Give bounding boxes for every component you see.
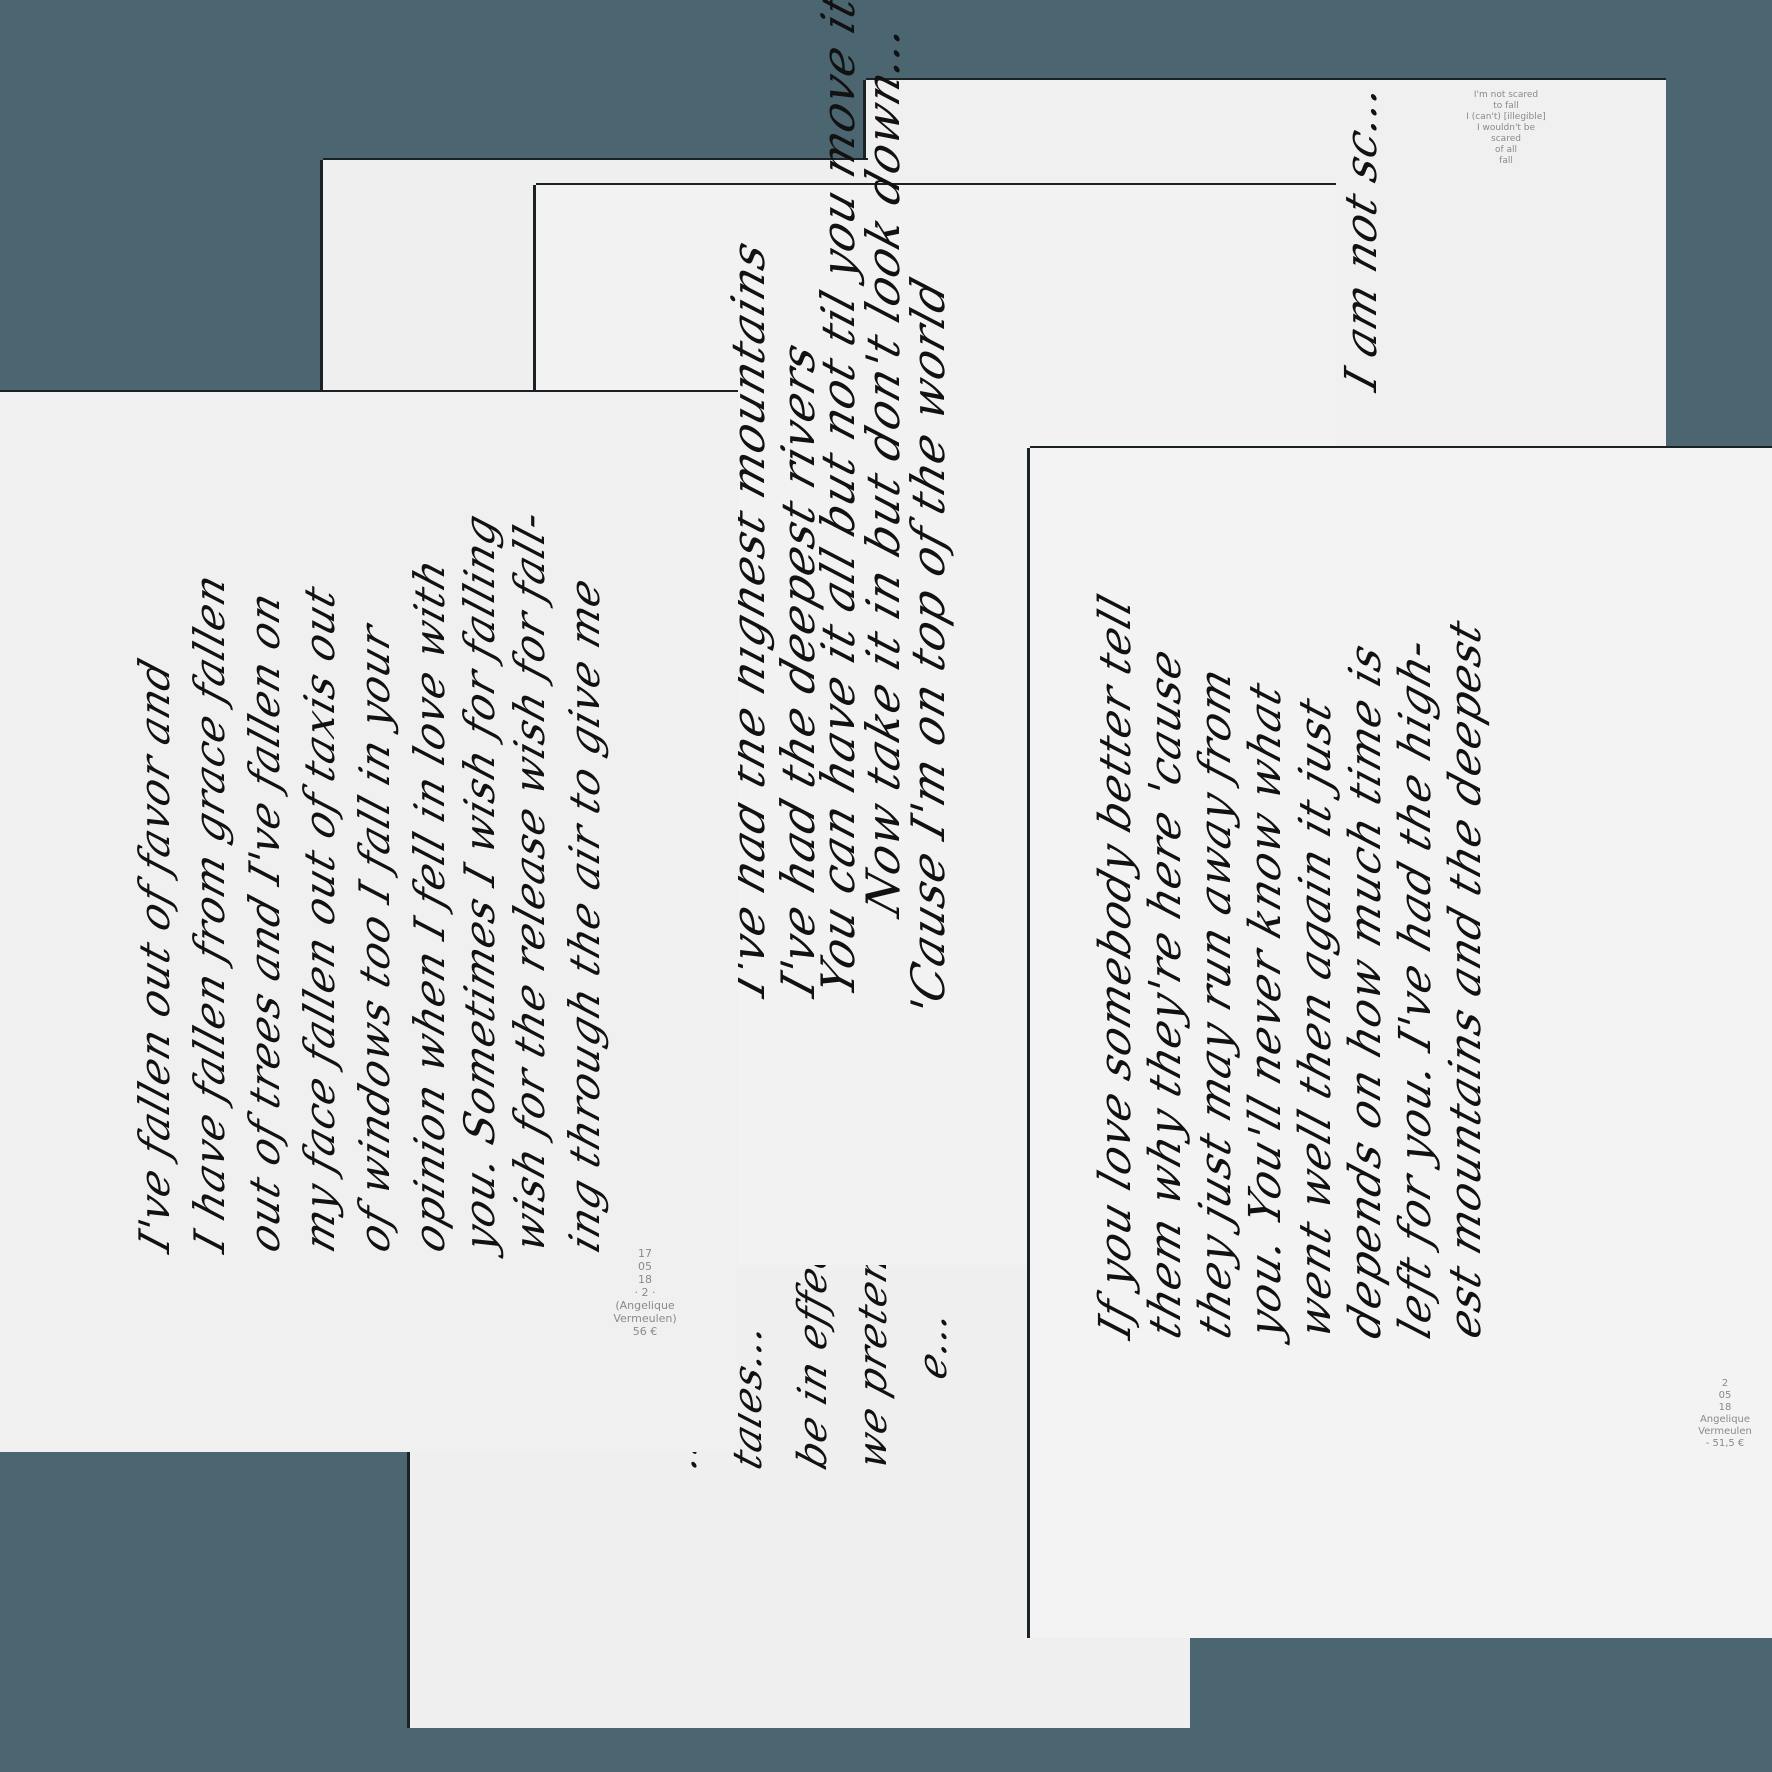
calligraphy-line: 'Cause I'm on top of the world	[901, 271, 955, 1023]
calligraphy-line: wish for the release wish for fall-	[505, 504, 554, 1258]
paper-sheet-left: I've fallen out of favor and I have fall…	[0, 392, 738, 1452]
calligraphy-line: I have fallen from grace fallen	[185, 567, 234, 1258]
calligraphy-line: of windows too I fall in your	[350, 618, 399, 1258]
calligraphy-line: depends on how much time is	[1340, 637, 1391, 1345]
calligraphy-line: out of trees and I've fallen on	[240, 585, 289, 1258]
calligraphy-line: you. Sometimes I wish for falling	[455, 507, 504, 1258]
calligraphy-line: my face fallen out of taxis out	[295, 579, 344, 1258]
calligraphy-line: they just may run away from	[1190, 661, 1241, 1345]
calligraphy-line: left for you. I've had the high-	[1390, 632, 1441, 1345]
pencil-note: 17 05 18 · 2 · (Angelique Vermeulen) 56 …	[590, 1247, 700, 1338]
calligraphy-line: I am not sc...	[1336, 77, 1387, 397]
calligraphy-line: opinion when I fell in love with	[405, 552, 454, 1258]
calligraphy-line: you. You'll never know what	[1240, 676, 1291, 1345]
calligraphy-line: ing through the air to give me	[560, 571, 609, 1258]
calligraphy-line: e...	[910, 1304, 956, 1385]
calligraphy-line: went well then again it just	[1290, 691, 1341, 1345]
calligraphy-line: If you love somebody better tell	[1090, 588, 1141, 1344]
calligraphy-line: them why they're here 'cause	[1140, 642, 1191, 1345]
pencil-note: I'm not scared to fall I (can't) [illegi…	[1436, 90, 1576, 167]
pencil-note: 2 05 18 Angelique Vermeulen - 51,5 €	[1680, 1378, 1770, 1450]
calligraphy-line: est mountains and the deepest	[1440, 613, 1491, 1344]
calligraphy-line: I've fallen out of favor and	[130, 652, 179, 1257]
paper-sheet-right: If you love somebody better tell them wh…	[1030, 448, 1772, 1638]
